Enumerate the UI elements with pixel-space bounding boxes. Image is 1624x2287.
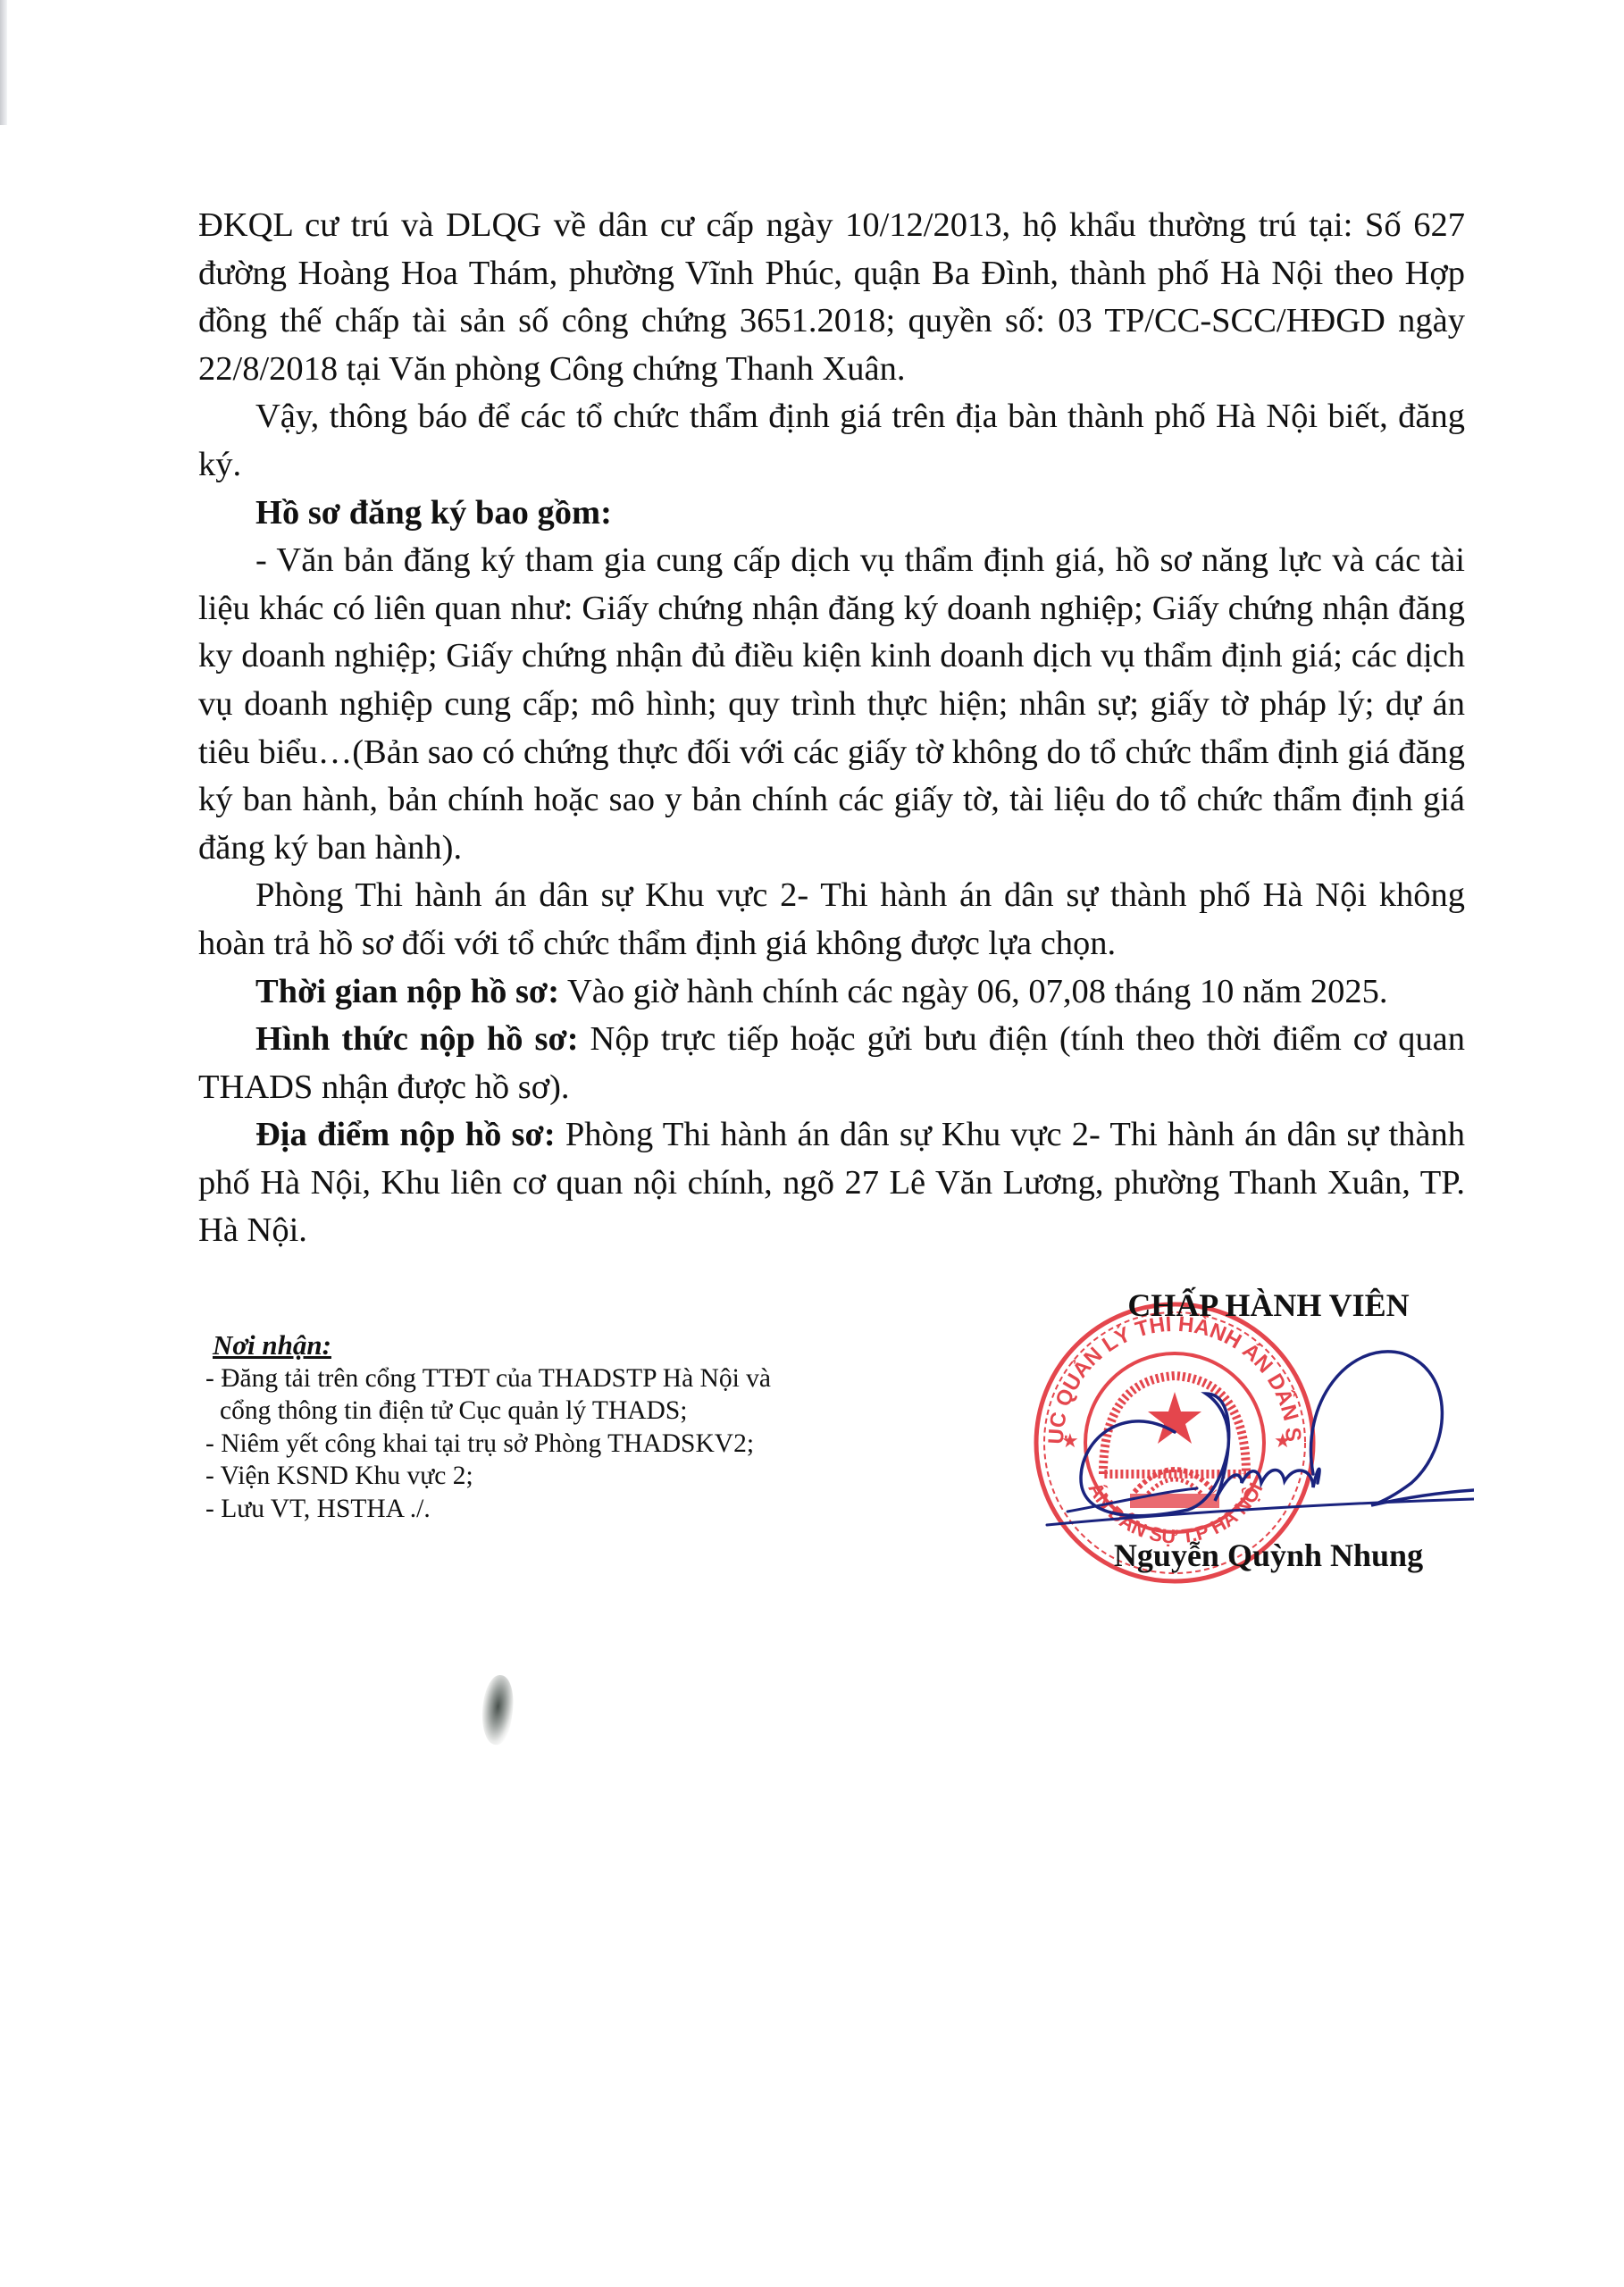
recipients-title: Nơi nhận: (213, 1329, 902, 1362)
recipient-item: - Niêm yết công khai tại trụ sở Phòng TH… (205, 1428, 902, 1461)
paragraph-submission-time: Thời gian nộp hồ sơ: Vào giờ hành chính … (198, 968, 1465, 1017)
document-body: ĐKQL cư trú và DLQG về dân cư cấp ngày 1… (198, 202, 1465, 1255)
paragraph-notice: Vậy, thông báo để các tổ chức thẩm định … (198, 393, 1465, 489)
paragraph-submission-method: Hình thức nộp hồ sơ: Nộp trực tiếp hoặc … (198, 1016, 1465, 1111)
label-submission-location: Địa điểm nộp hồ sơ: (255, 1116, 556, 1153)
signer-title: CHẤP HÀNH VIÊN (1099, 1286, 1438, 1324)
paragraph-submission-location: Địa điểm nộp hồ sơ: Phòng Thi hành án dâ… (198, 1111, 1465, 1255)
recipient-item: cổng thông tin điện tử Cục quản lý THADS… (205, 1395, 902, 1428)
recipient-item: - Lưu VT, HSTHA ./. (205, 1493, 902, 1526)
signature-block: CHẤP HÀNH VIÊN CỤC QUẢN LÝ THI HÀNH ÁN D… (1027, 1269, 1474, 1608)
scan-edge-shadow (0, 0, 7, 125)
recipient-item: - Viện KSND Khu vực 2; (205, 1460, 902, 1493)
signer-name: Nguyễn Quỳnh Nhung (1081, 1537, 1456, 1574)
value-submission-time: Vào giờ hành chính các ngày 06, 07,08 th… (559, 973, 1387, 1010)
heading-application-docs: Hồ sơ đăng ký bao gồm: (198, 490, 1465, 538)
recipient-item: - Đăng tải trên cổng TTĐT của THADSTP Hà… (205, 1362, 902, 1395)
paragraph-no-return: Phòng Thi hành án dân sự Khu vực 2- Thi … (198, 872, 1465, 968)
document-page: ĐKQL cư trú và DLQG về dân cư cấp ngày 1… (0, 0, 1624, 2287)
paragraph-property-description: ĐKQL cư trú và DLQG về dân cư cấp ngày 1… (198, 202, 1465, 393)
paragraph-required-documents: - Văn bản đăng ký tham gia cung cấp dịch… (198, 537, 1465, 872)
label-submission-method: Hình thức nộp hồ sơ: (255, 1020, 579, 1058)
label-submission-time: Thời gian nộp hồ sơ: (255, 973, 559, 1010)
recipients-block: Nơi nhận: - Đăng tải trên cổng TTĐT của … (205, 1329, 902, 1525)
ink-smudge-mark (478, 1673, 518, 1747)
